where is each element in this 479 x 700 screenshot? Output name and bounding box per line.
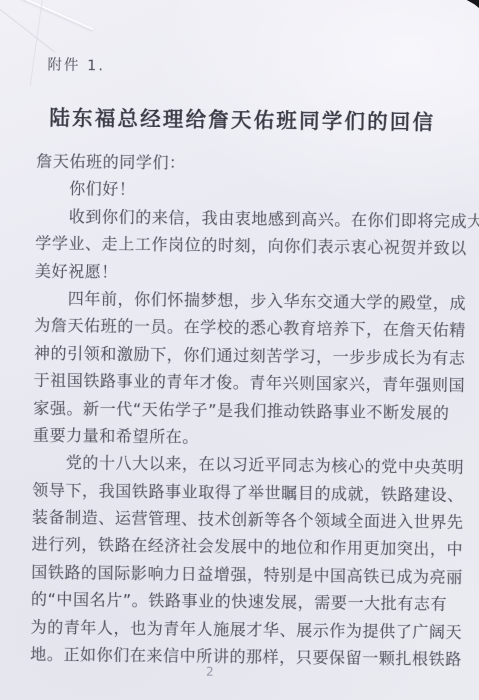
letter-line: 于祖国铁路事业的青年才俊。青年兴则国家兴，青年强则国 bbox=[33, 367, 445, 399]
scanned-letter-page: 附件 1. 陆东福总经理给詹天佑班同学们的回信 詹天佑班的同学们： 你们好！ 收… bbox=[0, 0, 479, 700]
page-content: 附件 1. 陆东福总经理给詹天佑班同学们的回信 詹天佑班的同学们： 你们好！ 收… bbox=[0, 0, 479, 700]
page-number: 2 bbox=[206, 665, 266, 680]
letter-line: 学学业、走上工作岗位的时刻，向你们表示衷心祝贺并致以 bbox=[35, 230, 447, 262]
page-title: 陆东福总经理给詹天佑班同学们的回信 bbox=[3, 100, 479, 136]
attachment-label: 附件 1. bbox=[47, 54, 105, 76]
letter-body: 詹天佑班的同学们： 你们好！ 收到你们的来信，我由衷地感到高兴。在你们即将完成大… bbox=[30, 148, 448, 673]
